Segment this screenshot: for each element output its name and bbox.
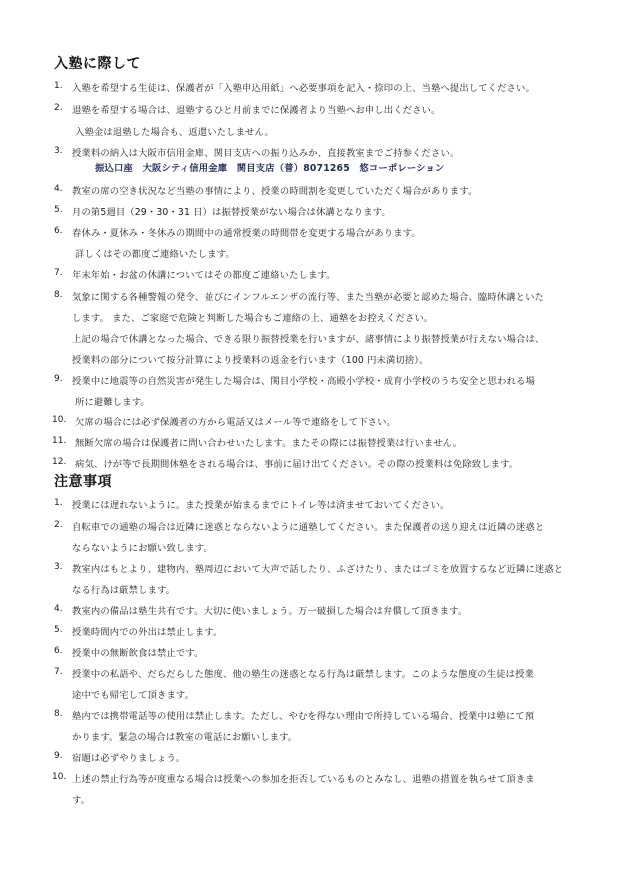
enrollment-item-5: 月の第5週目（29・30・31 日）は振替授業がない場合は休講となります。 [72, 204, 391, 218]
notes-item-9: 宿題は必ずやりましょう。 [72, 750, 185, 764]
document-page: 入塾に際して 1. 入塾を希望する生徒は、保護者が「入塾申込用紙」へ必要事項を記… [0, 0, 620, 877]
item-number: 4. [54, 604, 63, 614]
enrollment-item-11: 無断欠席の場合は保護者に問い合わせいたします。またその際には振替授業は行いません… [75, 435, 462, 449]
enrollment-item-12: 病気、けが等で長期間休塾をされる場合は、事前に届け出てください。その際の授業料は… [75, 456, 518, 470]
enrollment-item-7: 年末年始・お盆の休講についてはその都度ご連絡いたします。 [72, 267, 336, 281]
enrollment-item-6-cont: 詳しくはその都度ご連絡いたします。 [75, 246, 235, 260]
item-number: 11. [52, 436, 66, 446]
notes-item-6: 授業中の無断飲食は禁止です。 [72, 645, 204, 659]
item-number: 10. [52, 415, 66, 425]
notes-item-2-cont: ならないようにお願い致します。 [72, 540, 213, 554]
item-number: 3. [54, 562, 63, 572]
section-heading-enrollment: 入塾に際して [54, 53, 141, 73]
notes-item-8-cont: かります。緊急の場合は教室の電話にお願いします。 [72, 729, 297, 743]
item-number: 8. [54, 709, 63, 719]
notes-item-2: 自転車での通塾の場合は近隣に迷惑とならないように通塾してください。また保護者の送… [72, 519, 544, 533]
item-number: 4. [54, 184, 63, 194]
bank-account-info: 振込口座 大阪シティ信用金庫 関目支店（普）8071265 悠コーポレーション [95, 160, 444, 174]
enrollment-item-8-cont3: 授業料の部分について按分計算により授業料の返金を行います（100 円未満切捨）。 [72, 352, 429, 366]
item-number: 5. [54, 205, 63, 215]
item-number: 3. [54, 146, 63, 156]
notes-item-3-cont: なる行為は厳禁します。 [72, 582, 175, 596]
enrollment-item-10: 欠席の場合には必ず保護者の方から電話又はメール等で連絡をして下さい。 [75, 414, 396, 428]
notes-item-7-cont: 途中でも帰宅して頂きます。 [72, 687, 194, 701]
notes-item-4: 教室内の備品は塾生共有です。大切に使いましょう。万一破損した場合は弁償して頂きま… [72, 603, 467, 617]
item-number: 1. [54, 81, 63, 91]
item-number: 7. [54, 268, 63, 278]
enrollment-item-8-cont2: 上記の場合で休講となった場合、できる限り振替授業を行いますが、諸事情により振替授… [72, 331, 544, 345]
item-number: 10. [52, 772, 66, 782]
item-number: 6. [54, 226, 63, 236]
enrollment-item-9: 授業中に地震等の自然災害が発生した場合は、関目小学校・高殿小学校・成育小学校のう… [72, 373, 535, 387]
enrollment-item-9-cont: 所に避難します。 [75, 394, 150, 408]
item-number: 6. [54, 646, 63, 656]
item-number: 2. [54, 520, 63, 530]
enrollment-item-6: 春休み・夏休み・冬休みの期間中の通常授業の時間帯を変更する場合があります。 [72, 225, 421, 239]
item-number: 2. [54, 103, 63, 113]
notes-item-8: 塾内では携帯電話等の使用は禁止します。ただし、やむを得ない理由で所持している場合… [72, 708, 534, 722]
item-number: 7. [54, 667, 63, 677]
item-number: 1. [54, 498, 63, 508]
notes-item-5: 授業時間内での外出は禁止します。 [72, 624, 222, 638]
item-number: 5. [54, 625, 63, 635]
enrollment-item-8-cont1: します。 また、ご家庭で危険と判断した場合もご連絡の上、通塾をお控えください。 [72, 310, 433, 324]
notes-item-10: 上述の禁止行為等が度重なる場合は授業への参加を拒否しているものとみなし、退塾の措… [72, 771, 535, 785]
enrollment-item-3: 授業料の納入は大阪市信用金庫、関目支店への振り込みか、直接教室までご持参ください… [72, 145, 459, 159]
enrollment-item-2: 退塾を希望する場合は、退塾するひと月前までに保護者より当塾へお申し出ください。 [72, 102, 440, 116]
notes-item-7: 授業中の私語や、だらだらした態度、他の塾生の迷惑となる行為は厳禁します。このよう… [72, 666, 534, 680]
enrollment-item-8: 気象に関する各種警報の発令、並びにインフルエンザの流行等、また当塾が必要と認めた… [72, 289, 544, 303]
enrollment-item-1: 入塾を希望する生徒は、保護者が「入塾申込用紙」へ必要事項を記入・捺印の上、当塾へ… [72, 80, 535, 94]
notes-item-10-cont: す。 [72, 792, 90, 806]
enrollment-item-2-cont: 入塾金は退塾した場合も、返還いたしません。 [75, 124, 274, 138]
section-heading-notes: 注意事項 [54, 471, 112, 491]
item-number: 12. [52, 457, 66, 467]
notes-item-3: 教室内はもとより、建物内、塾周辺において大声で話したり、ふざけたり、またはゴミを… [72, 561, 563, 575]
item-number: 9. [54, 374, 63, 384]
notes-item-1: 授業には遅れないように。また授業が始まるまでにトイレ等は済ませておいてください。 [72, 497, 449, 511]
item-number: 9. [54, 751, 63, 761]
item-number: 8. [54, 290, 63, 300]
enrollment-item-4: 教室の席の空き状況など当塾の事情により、授業の時間割を変更していただく場合があり… [72, 183, 477, 197]
